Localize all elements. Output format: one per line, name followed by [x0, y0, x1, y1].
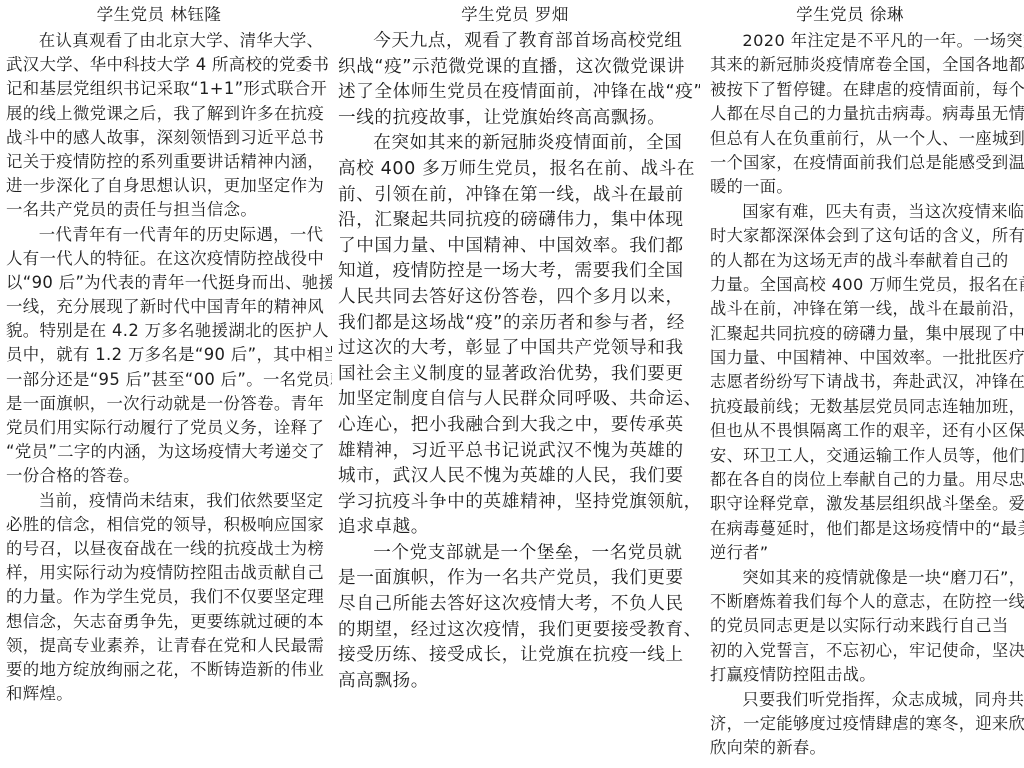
column-lin-yulong: 学生党员 林钰隆 在认真观看了由北京大学、清华大学、武汉大学、华中科技大学 4 …: [6, 0, 332, 768]
text-line: 志愿者纷纷写下请战书，奔赴武汉，冲锋在: [710, 370, 1024, 394]
text-line: 记和基层党组织书记采取“1+1”形式联合开: [6, 77, 332, 101]
text-line: 以“90 后”为代表的青年一代挺身而出、驰援: [6, 271, 332, 295]
text-line: 职守诠释党章，激发基层组织战斗堡垒。爱: [710, 492, 1024, 516]
text-line: 是一面旗帜，作为一名共产党员，我们更要: [338, 566, 700, 592]
column-body: 今天九点，观看了教育部首场高校党组织战“疫”示范微党课的直播，这次微党课讲述了全…: [338, 29, 700, 694]
text-line: 学习抗疫斗争中的英雄精神，坚持党旗领航，: [338, 490, 700, 516]
text-line: 安、环卫工人，交通运输工作人员等，他们: [710, 444, 1024, 468]
text-line: 在突如其来的新冠肺炎疫情面前，全国: [338, 131, 700, 157]
text-line: 和辉煌。: [6, 682, 332, 706]
text-line: 员中，就有 1.2 万多名是“90 后”，其中相当: [6, 343, 332, 367]
text-line: 追求卓越。: [338, 515, 700, 541]
text-line: 的号召，以昼夜奋战在一线的抗疫战士为榜: [6, 537, 332, 561]
text-line: 人都在尽自己的力量抗击病毒。病毒虽无情: [710, 102, 1024, 126]
column-luo-tian: 学生党员 罗畑 今天九点，观看了教育部首场高校党组织战“疫”示范微党课的直播，这…: [338, 0, 700, 768]
text-line: 尽自己所能去答好这次疫情大考，不负人民: [338, 592, 700, 618]
text-line: 的期望，经过这次疫情，我们更要接受教育、: [338, 618, 700, 644]
text-line: 必胜的信念，相信党的领导，积极响应国家: [6, 513, 332, 537]
column-title: 学生党员 徐琳: [710, 4, 1024, 26]
text-line: 知道，疫情防控是一场大考，需要我们全国: [338, 259, 700, 285]
column-title: 学生党员 林钰隆: [6, 4, 332, 26]
text-line: 欣向荣的新春。: [710, 736, 1024, 760]
text-line: 打赢疫情防控阻击战。: [710, 663, 1024, 687]
text-line: 记关于疫情防控的系列重要讲话精神内涵，: [6, 150, 332, 174]
text-line: 高校 400 多万师生党员，报名在前、战斗在: [338, 157, 700, 183]
text-line: 展的线上微党课之后，我了解到许多在抗疫: [6, 102, 332, 126]
text-line: 但也从不畏惧隔离工作的艰辛，还有小区保: [710, 419, 1024, 443]
text-line: 逆行者”: [710, 541, 1024, 565]
text-line: 进一步深化了自身思想认识，更加坚定作为: [6, 174, 332, 198]
text-line: 述了全体师生党员在疫情面前，冲锋在战“疫”: [338, 80, 700, 106]
column-body: 2020 年注定是不平凡的一年。一场突如其来的新冠肺炎疫情席卷全国，全国各地都被…: [710, 29, 1024, 761]
text-line: 但总有人在负重前行，从一个人、一座城到: [710, 127, 1024, 151]
text-line: 接受历练、接受成长，让党旗在抗疫一线上: [338, 643, 700, 669]
text-line: 初的入党誓言，不忘初心，牢记使命，坚决: [710, 639, 1024, 663]
column-body: 在认真观看了由北京大学、清华大学、武汉大学、华中科技大学 4 所高校的党委书记和…: [6, 29, 332, 706]
text-line: 领，提高专业素养，让青春在党和人民最需: [6, 634, 332, 658]
text-line: 一个党支部就是一个堡垒，一名党员就: [338, 541, 700, 567]
text-line: 加坚定制度自信与人民群众同呼吸、共命运、: [338, 387, 700, 413]
text-line: 雄精神，习近平总书记说武汉不愧为英雄的: [338, 439, 700, 465]
text-line: 国家有难，匹夫有责，当这次疫情来临: [710, 200, 1024, 224]
text-line: “党员”二字的内涵，为这场疫情大考递交了: [6, 440, 332, 464]
text-line: 一份合格的答卷。: [6, 464, 332, 488]
text-line: 暖的一面。: [710, 175, 1024, 199]
text-line: 高高飘扬。: [338, 669, 700, 695]
text-line: 前、引领在前，冲锋在第一线，战斗在最前: [338, 183, 700, 209]
text-line: 国社会主义制度的显著政治优势，我们要更: [338, 362, 700, 388]
text-line: 人民共同去答好这份答卷，四个多月以来，: [338, 285, 700, 311]
text-line: 2020 年注定是不平凡的一年。一场突如: [710, 29, 1024, 53]
text-line: 时大家都深深体会到了这句话的含义，所有: [710, 224, 1024, 248]
column-title: 学生党员 罗畑: [338, 4, 700, 26]
text-line: 过这次的大考，彰显了中国共产党领导和我: [338, 336, 700, 362]
text-line: 武汉大学、华中科技大学 4 所高校的党委书: [6, 53, 332, 77]
text-line: 城市，武汉人民不愧为英雄的人民，我们要: [338, 464, 700, 490]
text-line: 力量。全国高校 400 万师生党员，报名在前，: [710, 273, 1024, 297]
text-line: 在病毒蔓延时，他们都是这场疫情中的“最美: [710, 517, 1024, 541]
text-line: 人有一代人的特征。在这次疫情防控战役中: [6, 247, 332, 271]
text-line: 一线，充分展现了新时代中国青年的精神风: [6, 295, 332, 319]
text-line: 当前，疫情尚未结束，我们依然要坚定: [6, 489, 332, 513]
text-line: 汇聚起共同抗疫的磅礴力量，集中展现了中: [710, 322, 1024, 346]
text-line: 战斗在前，冲锋在第一线，战斗在最前沿，: [710, 297, 1024, 321]
text-line: 党员们用实际行动履行了党员义务，诠释了: [6, 416, 332, 440]
text-line: 织战“疫”示范微党课的直播，这次微党课讲: [338, 55, 700, 81]
text-line: 是一面旗帜，一次行动就是一份答卷。青年: [6, 392, 332, 416]
text-line: 其来的新冠肺炎疫情席卷全国，全国各地都: [710, 53, 1024, 77]
text-line: 的力量。作为学生党员，我们不仅要坚定理: [6, 585, 332, 609]
text-line: 貌。特别是在 4.2 万多名驰援湖北的医护人: [6, 319, 332, 343]
text-line: 的人都在为这场无声的战斗奉献着自己的: [710, 249, 1024, 273]
text-line: 只要我们听党指挥，众志成城，同舟共: [710, 688, 1024, 712]
text-line: 了中国力量、中国精神、中国效率。我们都: [338, 234, 700, 260]
column-xu-lin: 学生党员 徐琳 2020 年注定是不平凡的一年。一场突如其来的新冠肺炎疫情席卷全…: [710, 0, 1024, 768]
text-line: 样，用实际行动为疫情防控阻击战贡献自己: [6, 561, 332, 585]
text-line: 一代青年有一代青年的历史际遇，一代: [6, 223, 332, 247]
text-line: 都在各自的岗位上奉献自己的力量。用尽忠: [710, 468, 1024, 492]
text-line: 的党员同志更是以实际行动来践行自己当: [710, 614, 1024, 638]
text-line: 一部分还是“95 后”甚至“00 后”。一名党员就: [6, 368, 332, 392]
text-line: 突如其来的疫情就像是一块“磨刀石”，: [710, 566, 1024, 590]
text-line: 心连心，把小我融合到大我之中，要传承英: [338, 413, 700, 439]
text-line: 国力量、中国精神、中国效率。一批批医疗: [710, 346, 1024, 370]
text-line: 一名共产党员的责任与担当信念。: [6, 198, 332, 222]
text-line: 济，一定能够度过疫情肆虐的寒冬，迎来欣: [710, 712, 1024, 736]
text-line: 一线的抗疫故事，让党旗始终高高飘扬。: [338, 106, 700, 132]
text-line: 不断磨炼着我们每个人的意志，在防控一线: [710, 590, 1024, 614]
text-line: 被按下了暂停键。在肆虐的疫情面前，每个: [710, 78, 1024, 102]
text-line: 想信念，矢志奋勇争先，更要练就过硬的本: [6, 610, 332, 634]
text-line: 沿，汇聚起共同抗疫的磅礴伟力，集中体现: [338, 208, 700, 234]
text-line: 战斗中的感人故事，深刻领悟到习近平总书: [6, 126, 332, 150]
text-line: 一个国家，在疫情面前我们总是能感受到温: [710, 151, 1024, 175]
text-line: 要的地方绽放绚丽之花，不断铸造新的伟业: [6, 658, 332, 682]
text-line: 在认真观看了由北京大学、清华大学、: [6, 29, 332, 53]
text-line: 我们都是这场战“疫”的亲历者和参与者，经: [338, 311, 700, 337]
text-line: 今天九点，观看了教育部首场高校党组: [338, 29, 700, 55]
text-line: 抗疫最前线；无数基层党员同志连轴加班，: [710, 395, 1024, 419]
